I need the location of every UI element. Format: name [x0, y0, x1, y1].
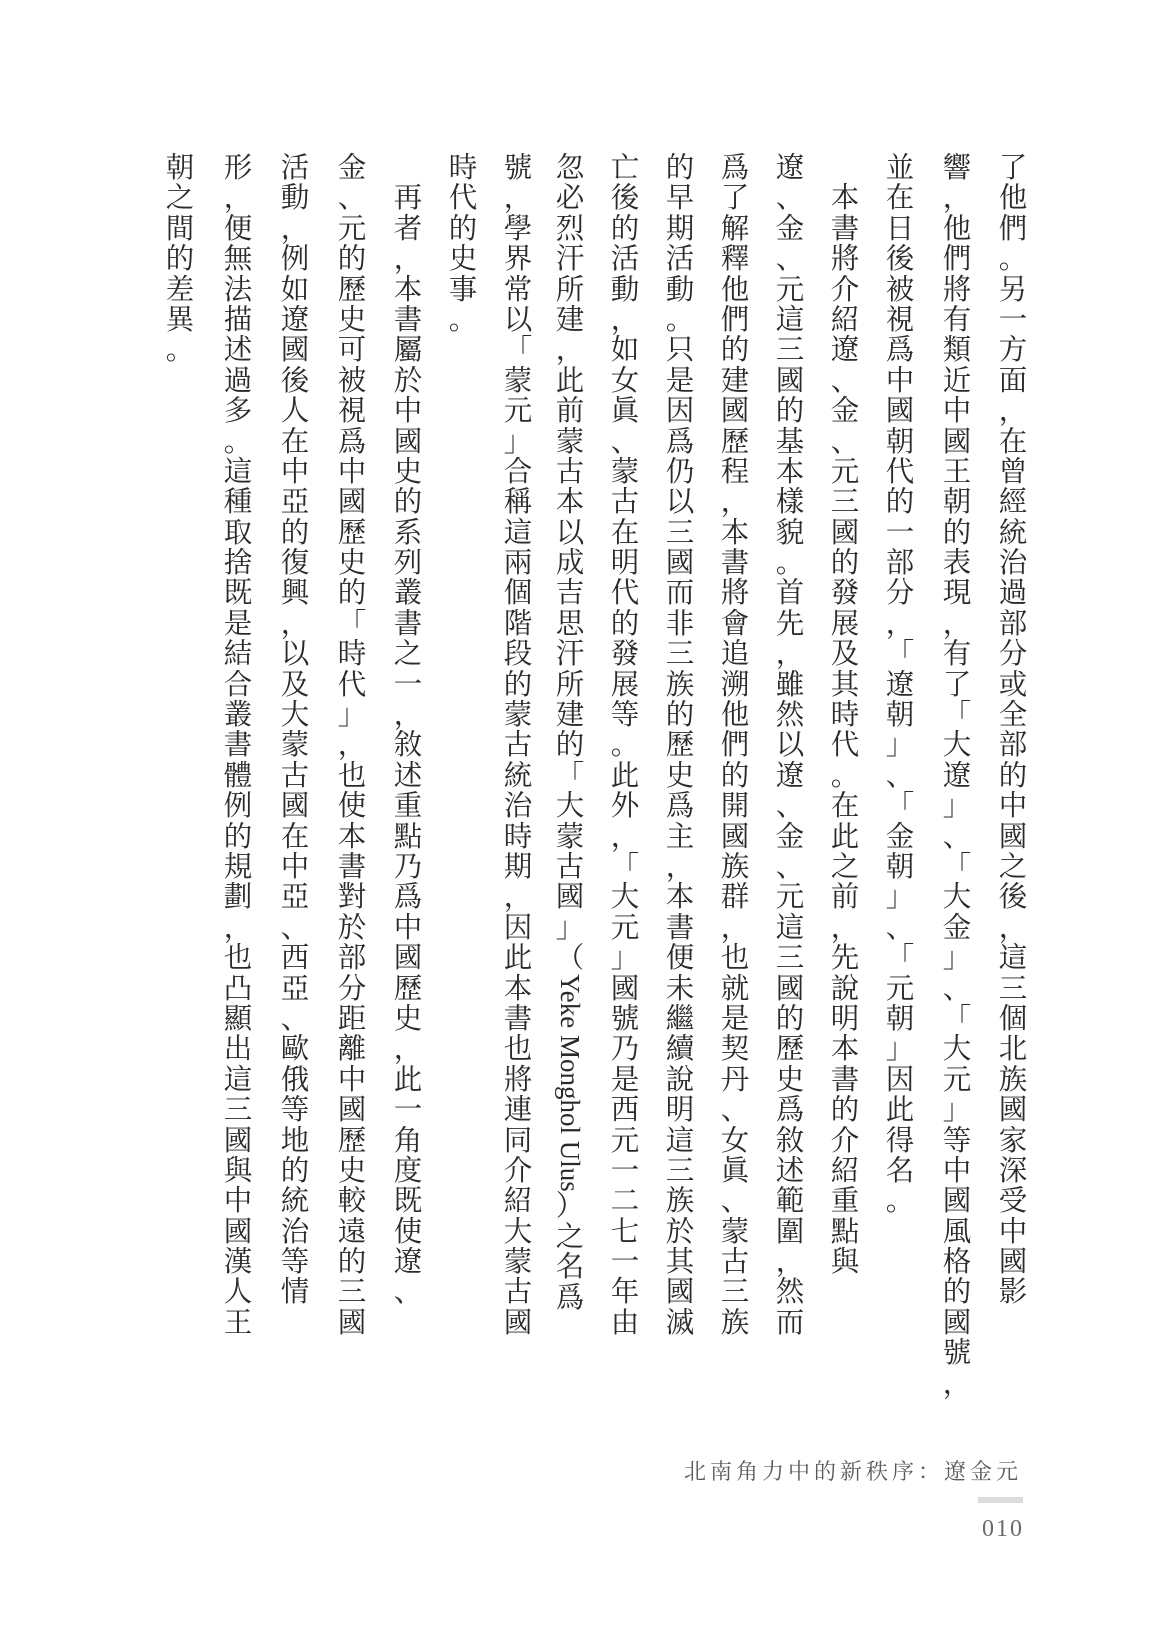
text-column: 了他們。另一方面，在曾經統治過部分或全部的中國之後，這三個北族國家深受中國影 — [996, 153, 1030, 1308]
text-column: 金、元的歷史可被視爲中國歷史的「時代」，也使本書對於部分距離中國歷史較遠的三國 — [335, 153, 369, 1338]
text-column: 本書將介紹遼、金、元三國的發展及其時代。在此之前，先說明本書的介紹重點與 — [828, 153, 862, 1277]
page-number: 010 — [982, 1516, 1024, 1543]
footer-divider-bar — [978, 1497, 1023, 1503]
text-column: 形，便無法描述過多。這種取捨既是結合叢書體例的規劃，也凸顯出這三國與中國漢人王 — [221, 153, 255, 1338]
text-column: 亡後的活動，如女眞、蒙古在明代的發展等。此外，「大元」國號乃是西元一二七一年由 — [608, 153, 642, 1338]
running-footer-title: 北南角力中的新秩序：遼金元 — [684, 1455, 1022, 1486]
text-column: 時代的史事。 — [446, 153, 480, 335]
text-column: 再者，本書屬於中國史的系列叢書之一，敘述重點乃爲中國歷史，此一角度既使遼、 — [391, 153, 425, 1308]
text-column: 響，他們將有類近中國王朝的表現，有了「大遼」、「大金」、「大元」等中國風格的國號… — [940, 153, 974, 1399]
latin-text: Yeke Monghol Ulus — [553, 974, 587, 1192]
text-column: 的早期活動。只是因爲仍以三國而非三族的歷史爲主，本書便未繼續說明這三族於其國滅 — [663, 153, 697, 1338]
text-column: 朝之間的差異。 — [163, 153, 197, 366]
text-column: 活動，例如遼國後人在中亞的復興，以及大蒙古國在中亞、西亞、歐俄等地的統治等情 — [278, 153, 312, 1308]
text-column: 爲了解釋他們的建國歷程，本書將會追溯他們的開國族群，也就是契丹、女眞、蒙古三族 — [718, 153, 752, 1338]
text-column: 號，學界常以「蒙元」合稱這兩個階段的蒙古統治時期，因此本書也將連同介紹大蒙古國 — [501, 153, 535, 1338]
text-column: 忽必烈汗所建，此前蒙古本以成吉思汗所建的「大蒙古國」（Yeke Monghol … — [553, 153, 587, 1313]
text-column: 遼、金、元這三國的基本樣貌。首先，雖然以遼、金、元這三國的歷史爲敘述範圍，然而 — [773, 153, 807, 1338]
text-column: 並在日後被視爲中國朝代的一部分，「遼朝」、「金朝」、「元朝」因此得名。 — [883, 153, 917, 1217]
book-page: 了他們。另一方面，在曾經統治過部分或全部的中國之後，這三個北族國家深受中國影響，… — [0, 0, 1154, 1651]
